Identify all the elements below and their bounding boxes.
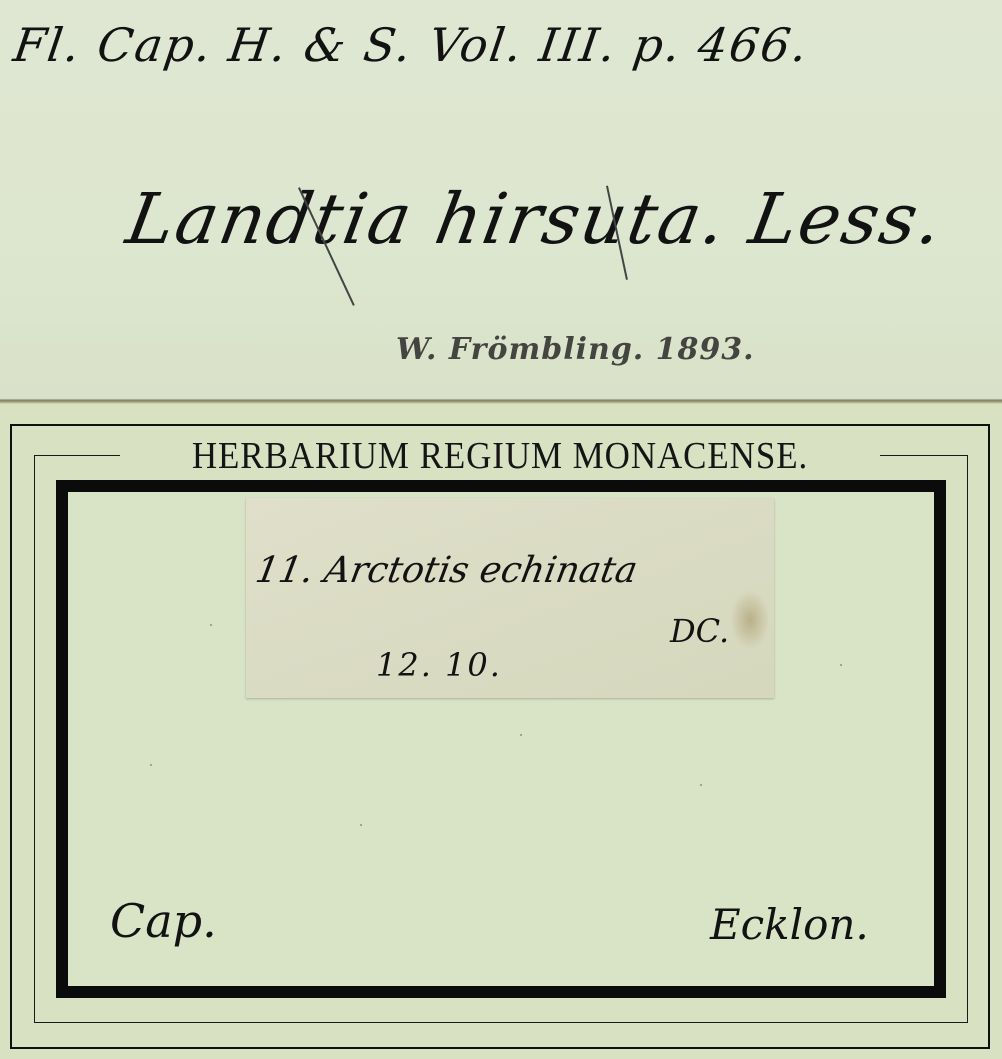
paper-speck [210, 624, 212, 626]
author-abbreviation: DC. [670, 612, 729, 650]
herbarium-title: HERBARIUM REGIUM MONACENSE. [160, 434, 841, 478]
annotation-slip: Fl. Cap. H. & S. Vol. III. p. 466. Landt… [0, 0, 1002, 400]
determiner-stamp: W. Frömbling. 1893. [396, 332, 755, 367]
stain [730, 590, 770, 650]
flora-reference: Fl. Cap. H. & S. Vol. III. p. 466. [10, 18, 812, 72]
paper-speck [360, 824, 362, 826]
middle-frame-top-left [34, 455, 120, 456]
specimen-number-and-name: 11. Arctotis echinata [252, 550, 640, 591]
paper-speck [150, 764, 152, 766]
herbarium-label: HERBARIUM REGIUM MONACENSE. 11. Arctotis… [0, 404, 1002, 1059]
paper-speck [840, 664, 842, 666]
middle-frame-top-right [880, 455, 968, 456]
locality: Cap. [110, 894, 217, 948]
specimen-code: 12. 10. [376, 646, 502, 684]
species-name: Landtia hirsuta. Less. [121, 178, 950, 260]
paper-speck [520, 734, 522, 736]
collector: Ecklon. [710, 900, 869, 949]
pasted-specimen-label: 11. Arctotis echinata DC. 12. 10. [246, 498, 774, 698]
herbarium-sheet: Fl. Cap. H. & S. Vol. III. p. 466. Landt… [0, 0, 1002, 1059]
paper-speck [700, 784, 702, 786]
